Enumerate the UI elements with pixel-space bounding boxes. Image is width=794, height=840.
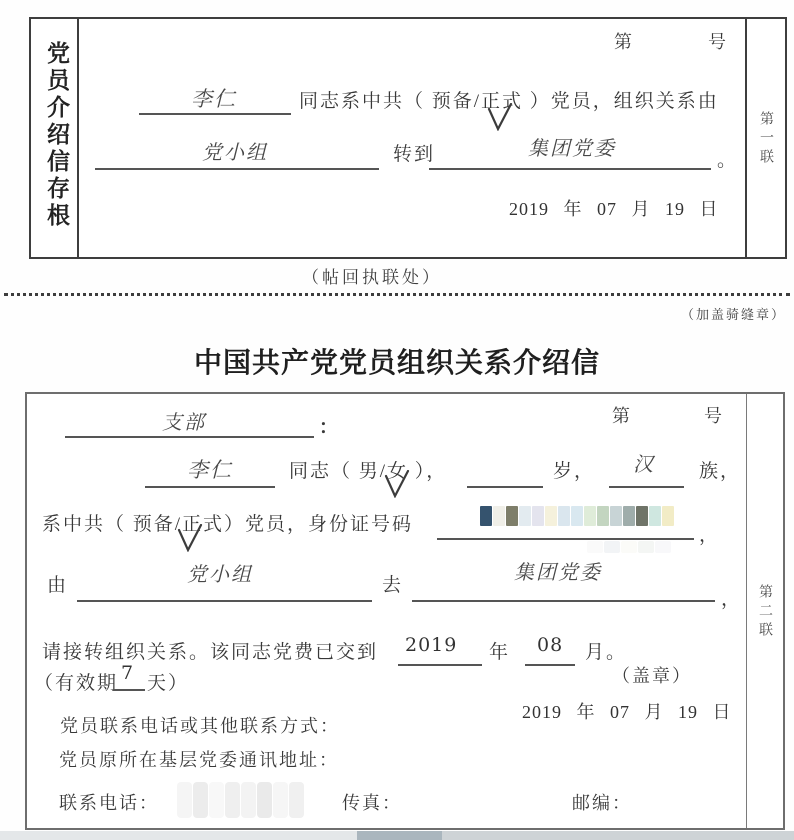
redaction-block bbox=[209, 782, 224, 818]
ethnic-underline bbox=[609, 486, 684, 488]
stub-number-suffix: 号 bbox=[708, 28, 726, 54]
gender-text: 同志（ 男/女 ）， bbox=[289, 456, 447, 483]
postal-label: 邮编： bbox=[572, 789, 632, 815]
from-to-comma: ， bbox=[721, 584, 742, 611]
redaction-block bbox=[177, 782, 192, 818]
to-underline bbox=[412, 600, 715, 602]
fee-year-label: 年 bbox=[489, 637, 510, 664]
stub-section: 党员介绍信存根 第一联 第 号 李仁 同志系中共（ 预备/正式 ）党员，组织关系… bbox=[29, 17, 787, 259]
stub-name-value: 李仁 bbox=[191, 83, 237, 113]
redaction-block bbox=[273, 782, 288, 818]
redaction-block bbox=[587, 541, 603, 553]
branch-underline bbox=[65, 436, 314, 438]
redaction-block bbox=[545, 506, 557, 526]
checkmark-icon bbox=[177, 524, 203, 557]
redaction-block bbox=[623, 506, 635, 526]
redaction-block bbox=[532, 506, 544, 526]
stub-side-label: 党员介绍信存根 bbox=[41, 41, 74, 230]
redaction-block bbox=[0, 831, 357, 840]
stub-transfer-label: 转到 bbox=[393, 139, 435, 166]
redaction-block bbox=[558, 506, 570, 526]
redaction-block bbox=[493, 506, 505, 526]
id-line-comma: ， bbox=[699, 520, 720, 547]
from-underline bbox=[77, 600, 372, 602]
letter-date: 2019 年 07 月 19 日 bbox=[522, 698, 732, 724]
seam-seal-note: （加盖骑缝章） bbox=[630, 304, 786, 323]
redaction-block bbox=[649, 506, 661, 526]
redaction-block bbox=[610, 506, 622, 526]
letter-from-org-value: 党小组 bbox=[187, 558, 253, 587]
ethnic-value: 汉 bbox=[633, 448, 655, 477]
stub-copy-label: 第一联 bbox=[755, 111, 775, 168]
stub-from-underline bbox=[95, 168, 379, 170]
membership-id-text: 系中共（ 预备/正式）党员，身份证号码 bbox=[42, 509, 413, 536]
to-label: 去 bbox=[382, 570, 403, 597]
redaction-block bbox=[597, 506, 609, 526]
redaction-block bbox=[193, 782, 208, 818]
contact-line2: 党员原所在基层党委通讯地址： bbox=[59, 746, 339, 772]
checkmark-icon bbox=[384, 470, 410, 503]
from-label: 由 bbox=[47, 570, 68, 597]
phone-redaction bbox=[177, 782, 304, 818]
fee-month-underline bbox=[525, 664, 575, 666]
letter-title: 中国共产党党员组织关系介绍信 bbox=[0, 341, 794, 381]
validity-suffix: 天） bbox=[147, 668, 189, 695]
fee-text: 请接转组织关系。该同志党费已交到 bbox=[42, 637, 378, 664]
letter-name-value: 李仁 bbox=[187, 454, 233, 484]
redaction-block bbox=[621, 541, 637, 553]
redaction-block bbox=[604, 541, 620, 553]
branch-name-value: 支部 bbox=[162, 406, 206, 435]
redaction-block bbox=[241, 782, 256, 818]
stub-to-org-value: 集团党委 bbox=[528, 132, 616, 161]
letter-section: 第二联 第 号 支部 ： 李仁 同志（ 男/女 ）， 岁， 汉 族， 系中共（ … bbox=[25, 392, 785, 830]
redaction-block bbox=[638, 541, 654, 553]
stub-left-column-divider bbox=[77, 19, 79, 257]
redaction-block bbox=[584, 506, 596, 526]
age-underline bbox=[467, 486, 543, 488]
stub-to-underline bbox=[429, 168, 711, 170]
redaction-block bbox=[519, 506, 531, 526]
redaction-block bbox=[506, 506, 518, 526]
id-redaction-smudge bbox=[587, 541, 671, 553]
bottom-window-band bbox=[0, 831, 794, 840]
stub-from-org-value: 党小组 bbox=[202, 136, 268, 165]
fee-month-value: 08 bbox=[537, 634, 563, 656]
redaction-block bbox=[289, 782, 304, 818]
validity-days-value: 7 bbox=[121, 662, 134, 684]
redaction-block bbox=[662, 506, 674, 526]
fax-label: 传真： bbox=[342, 789, 402, 815]
redaction-block bbox=[636, 506, 648, 526]
stub-right-column-divider bbox=[745, 19, 747, 257]
ethnic-suffix: 族， bbox=[699, 456, 741, 483]
fee-year-value: 2019 bbox=[405, 634, 457, 656]
branch-colon: ： bbox=[319, 412, 340, 439]
letter-name-underline bbox=[145, 486, 275, 488]
letter-to-org-value: 集团党委 bbox=[514, 556, 602, 585]
redaction-block bbox=[655, 541, 671, 553]
stub-date: 2019 年 07 月 19 日 bbox=[509, 195, 719, 221]
document-page: 党员介绍信存根 第一联 第 号 李仁 同志系中共（ 预备/正式 ）党员，组织关系… bbox=[0, 0, 794, 840]
id-number-redaction bbox=[480, 506, 674, 526]
tear-dotted-line bbox=[4, 293, 790, 296]
stub-number-prefix: 第 bbox=[614, 28, 632, 54]
phone-label: 联系电话： bbox=[59, 789, 159, 815]
stub-name-underline bbox=[139, 113, 291, 115]
redaction-block bbox=[480, 506, 492, 526]
validity-underline bbox=[113, 689, 145, 691]
redaction-block bbox=[442, 831, 794, 840]
id-underline bbox=[437, 538, 694, 540]
validity-prefix: （有效期 bbox=[34, 668, 118, 695]
letter-right-column-divider bbox=[746, 394, 747, 828]
redaction-block bbox=[257, 782, 272, 818]
letter-copy-label: 第二联 bbox=[754, 584, 774, 641]
fee-month-label: 月。 bbox=[585, 637, 627, 664]
stub-end-mark: 。 bbox=[717, 145, 738, 172]
redaction-block bbox=[571, 506, 583, 526]
contact-line1: 党员联系电话或其他联系方式： bbox=[60, 712, 340, 738]
redaction-block bbox=[357, 831, 442, 840]
age-suffix: 岁， bbox=[553, 456, 595, 483]
paste-note: （帖回执联处） bbox=[302, 263, 442, 288]
redaction-block bbox=[225, 782, 240, 818]
letter-number-suffix: 号 bbox=[704, 402, 722, 428]
checkmark-icon bbox=[487, 103, 513, 136]
seal-note: （盖章） bbox=[612, 662, 692, 688]
fee-year-underline bbox=[398, 664, 482, 666]
letter-number-prefix: 第 bbox=[612, 402, 630, 428]
